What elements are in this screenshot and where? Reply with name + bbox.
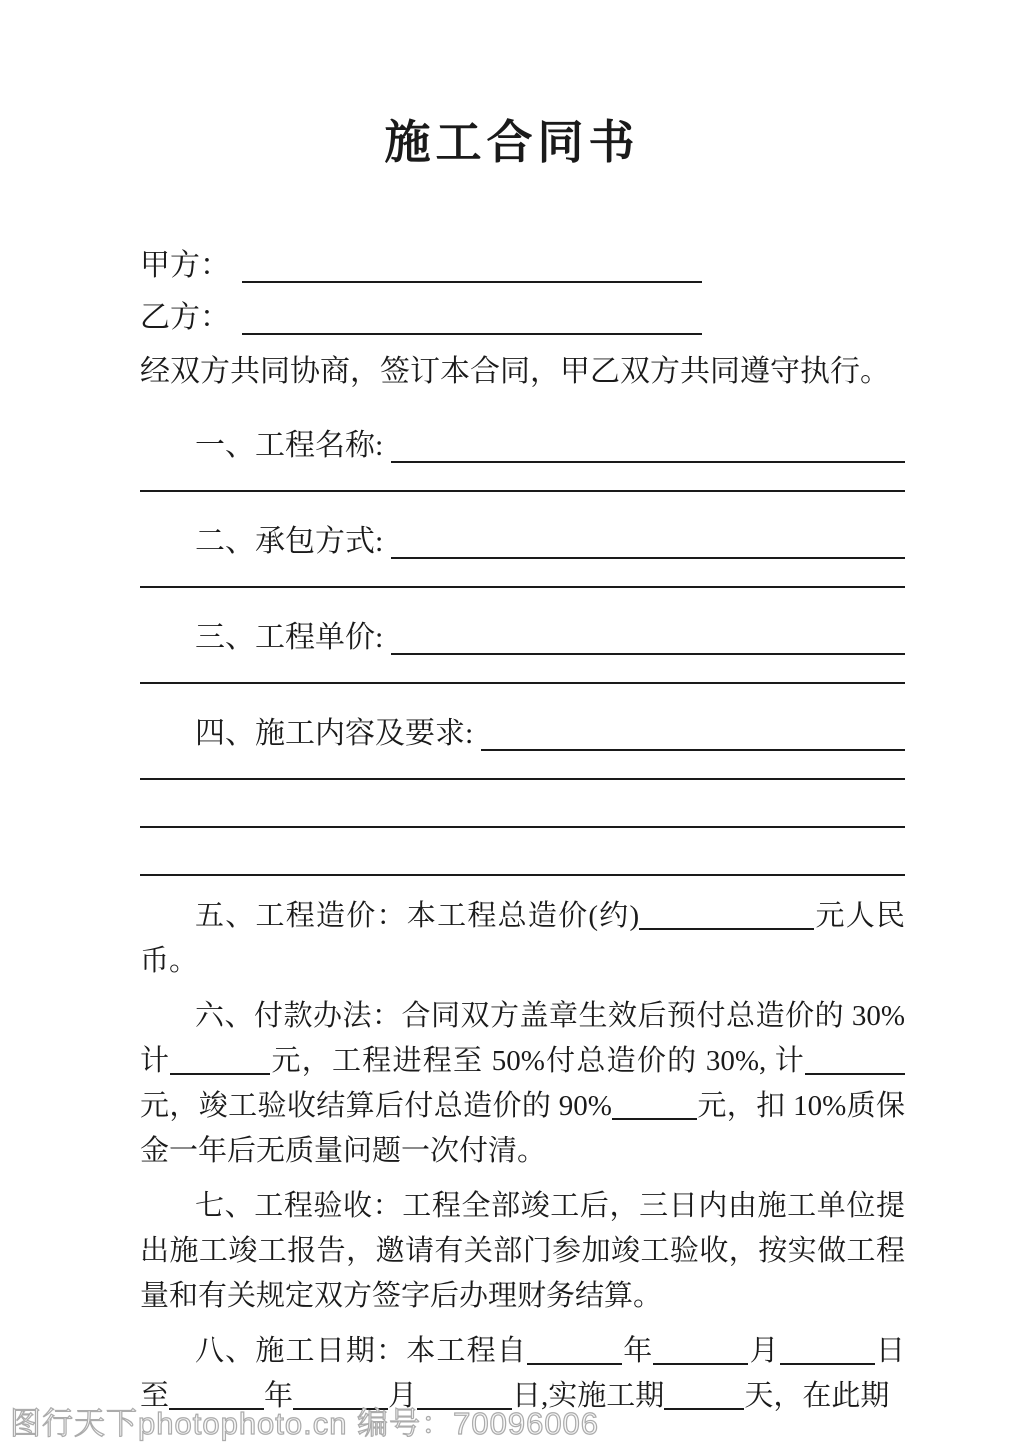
clause-2-ruled-line <box>140 586 905 588</box>
clause-3-row: 三、工程单价: <box>140 608 905 660</box>
party-b-label: 乙方： <box>140 295 230 340</box>
clause-1-ruled-line <box>140 490 905 492</box>
party-a-row: 甲方： <box>140 236 905 288</box>
clause-4-blank-field <box>481 749 905 751</box>
blank-field <box>805 1044 905 1075</box>
party-a-label: 甲方： <box>140 243 230 288</box>
blank-field <box>780 1334 875 1365</box>
clause-1-label: 一、工程名称: <box>140 423 383 468</box>
intro-paragraph: 经双方共同协商，签订本合同，甲乙双方共同遵守执行。 <box>140 348 905 396</box>
party-b-row: 乙方： <box>140 288 905 340</box>
clause-1-blank-field <box>391 461 905 463</box>
party-a-blank-field <box>242 281 702 283</box>
clause-5-paragraph: 五、工程造价：本工程总造价(约)元人民币。 <box>140 894 905 984</box>
clause-3-blank-field <box>391 653 905 655</box>
blank-field <box>664 1379 744 1410</box>
page-title: 施工合同书 <box>0 0 1024 174</box>
contract-document-page: 施工合同书 甲方： 乙方： 经双方共同协商，签订本合同，甲乙双方共同遵守执行。 … <box>0 0 1024 1449</box>
clause-3-ruled-line <box>140 682 905 684</box>
clause-4-label: 四、施工内容及要求: <box>140 711 473 756</box>
clause-6-paragraph: 六、付款办法：合同双方盖章生效后预付总造价的 30%计元，工程进程至 50%付总… <box>140 994 905 1174</box>
party-b-blank-field <box>242 333 702 335</box>
blank-field <box>612 1089 697 1120</box>
blank-field <box>170 1044 270 1075</box>
contract-body: 甲方： 乙方： 经双方共同协商，签订本合同，甲乙双方共同遵守执行。 一、工程名称… <box>140 236 905 1419</box>
clause-4-row: 四、施工内容及要求: <box>140 704 905 756</box>
watermark-text: 图行天下photophoto.cn 编号：70096006 <box>10 1398 599 1443</box>
blank-field <box>639 899 814 930</box>
clause-7-paragraph: 七、工程验收：工程全部竣工后，三日内由施工单位提出施工竣工报告，邀请有关部门参加… <box>140 1184 905 1319</box>
clause-4-ruled-line-2 <box>140 826 905 828</box>
clause-1-row: 一、工程名称: <box>140 416 905 468</box>
clause-2-row: 二、承包方式: <box>140 512 905 564</box>
clause-4-ruled-line-3 <box>140 874 905 876</box>
clause-2-label: 二、承包方式: <box>140 519 383 564</box>
blank-field <box>653 1334 748 1365</box>
blank-field <box>527 1334 622 1365</box>
clause-4-ruled-line-1 <box>140 778 905 780</box>
clause-2-blank-field <box>391 557 905 559</box>
clause-3-label: 三、工程单价: <box>140 615 383 660</box>
